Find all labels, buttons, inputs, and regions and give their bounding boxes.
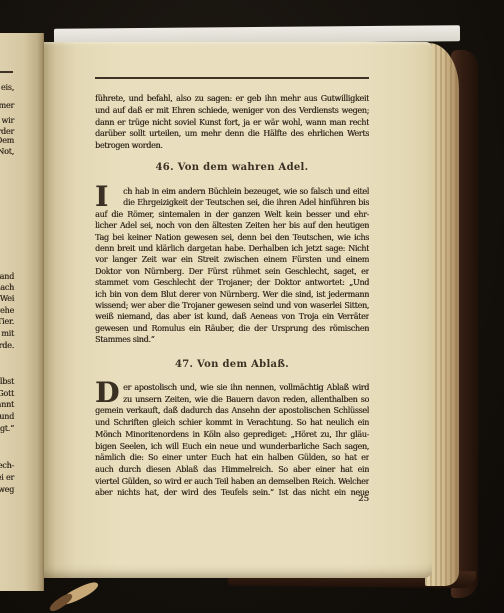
left-page-line-fragment: wir (1, 116, 14, 125)
section-heading-46: 46. Von dem wahren Adel. (95, 162, 369, 173)
left-page-line-fragment: Rech- (0, 461, 14, 470)
left-page-line-fragment: ei er (0, 473, 14, 482)
right-page: führete, und befahl, also zu sagen: er g… (44, 42, 432, 578)
text-line: und auf daß er mit Ehren schiede, wenige… (95, 105, 369, 117)
text-line: führete, und befahl, also zu sagen: er g… (95, 93, 369, 105)
left-page-line-fragment: weg (0, 485, 14, 494)
text-line: wissend; wer aber die Trojaner gewesen s… (95, 300, 369, 311)
left-page-line-fragment: Not, (0, 147, 14, 156)
text-line: denn breit und klärlich dargetan habe. D… (95, 243, 369, 254)
left-page-fragments: eis,merwirrderDemNot,LandnachWeigeheTier… (0, 33, 44, 591)
text-line: auf die Römer, sintemalen in der ganzen … (95, 209, 369, 220)
left-page-line-fragment: Wei (0, 294, 14, 303)
left-page-line-fragment: rder (0, 127, 14, 136)
left-page-line-fragment: annt (0, 400, 14, 409)
section-heading-47: 47. Von dem Ablaß. (95, 359, 369, 370)
left-page-line-fragment: Gott (0, 389, 14, 398)
text-line: dann er trüge nicht soviel Kunst fort, j… (95, 117, 369, 129)
text-line: vor langer Zeit war ein Streit zwischen … (95, 254, 369, 265)
left-page-line-fragment: Dem (0, 136, 14, 145)
left-page-line-fragment: Tier. (0, 317, 14, 326)
text-line: Stammes sind.“ (95, 334, 369, 345)
left-page-line-fragment: irde. (0, 341, 14, 350)
left-page-line-fragment: nach (0, 283, 14, 292)
left-page-line-fragment: Land (0, 272, 14, 281)
text-line: Doktor von Nürnberg. Der Fürst rühmet se… (95, 266, 369, 277)
text-line: und Schriften gleich schier kommt in Ver… (95, 417, 369, 429)
left-page-line-fragment: und (0, 412, 14, 421)
left-page-line-fragment: agt.“ (0, 424, 14, 433)
text-line: auch durch diesen Ablaß das Himmelreich.… (95, 464, 369, 476)
text-line: Tag bei keiner Nation gewesen sei, denn … (95, 232, 369, 243)
header-rule (95, 77, 369, 79)
text-line: gemein verkauft, daß dadurch das Ansehn … (95, 405, 369, 417)
text-line: aber nichts hat, der wird des Teufels se… (95, 487, 369, 499)
page-number: 25 (344, 494, 369, 504)
text-line: nämlich die: So einer unter Euch hat ein… (95, 452, 369, 464)
text-line: gewesen und Romulus ein Räuber, die der … (95, 323, 369, 334)
text-line: darüber sollt urteilen, um mehr denn die… (95, 128, 369, 140)
drop-cap-initial: D (95, 379, 119, 407)
left-page-sliver: eis,merwirrderDemNot,LandnachWeigeheTier… (0, 33, 44, 591)
left-page-line-fragment: mer (0, 101, 14, 110)
text-line: ch hab in eim andern Büchlein bezeuget, … (95, 186, 369, 197)
text-line: ich bin von dem Blut derer von Nürnberg.… (95, 289, 369, 300)
text-line: er apostolisch und, wie sie ihn nennen, … (95, 382, 369, 394)
text-line: betrogen worden. (95, 140, 369, 152)
left-page-line-fragment: mit (1, 329, 14, 338)
text-line: Mönch Minoritenordens in Köln also gepre… (95, 429, 369, 441)
text-line: licher Adel sei, noch von den ältesten Z… (95, 220, 369, 231)
left-page-line-fragment: gehe (0, 306, 14, 315)
left-page-line-fragment: elbst (0, 377, 14, 386)
text-line: viertel Gülden, so wird er auch Teil hab… (95, 476, 369, 488)
left-page-line-fragment: eis, (1, 83, 14, 92)
intro-paragraph: führete, und befahl, also zu sagen: er g… (95, 93, 369, 152)
section-46-paragraph: I ch hab in eim andern Büchlein bezeuget… (95, 186, 369, 346)
text-line: weiß niemand, das aber ist kund, daß Aen… (95, 311, 369, 322)
text-line: zu unsern Zeiten, wie die Bauern davon r… (95, 394, 369, 406)
text-line: stammet vom Geschlecht der Trojaner; der… (95, 277, 369, 288)
text-line: die Ehrgeizigkeit der Teutschen sei, die… (95, 197, 369, 208)
section-47-paragraph: D er apostolisch und, wie sie ihn nennen… (95, 382, 369, 499)
book-photo: eis,merwirrderDemNot,LandnachWeigeheTier… (0, 0, 504, 613)
text-line: bigen Seelen, ich will Euch ein neue und… (95, 441, 369, 453)
drop-cap-initial: I (95, 183, 108, 211)
